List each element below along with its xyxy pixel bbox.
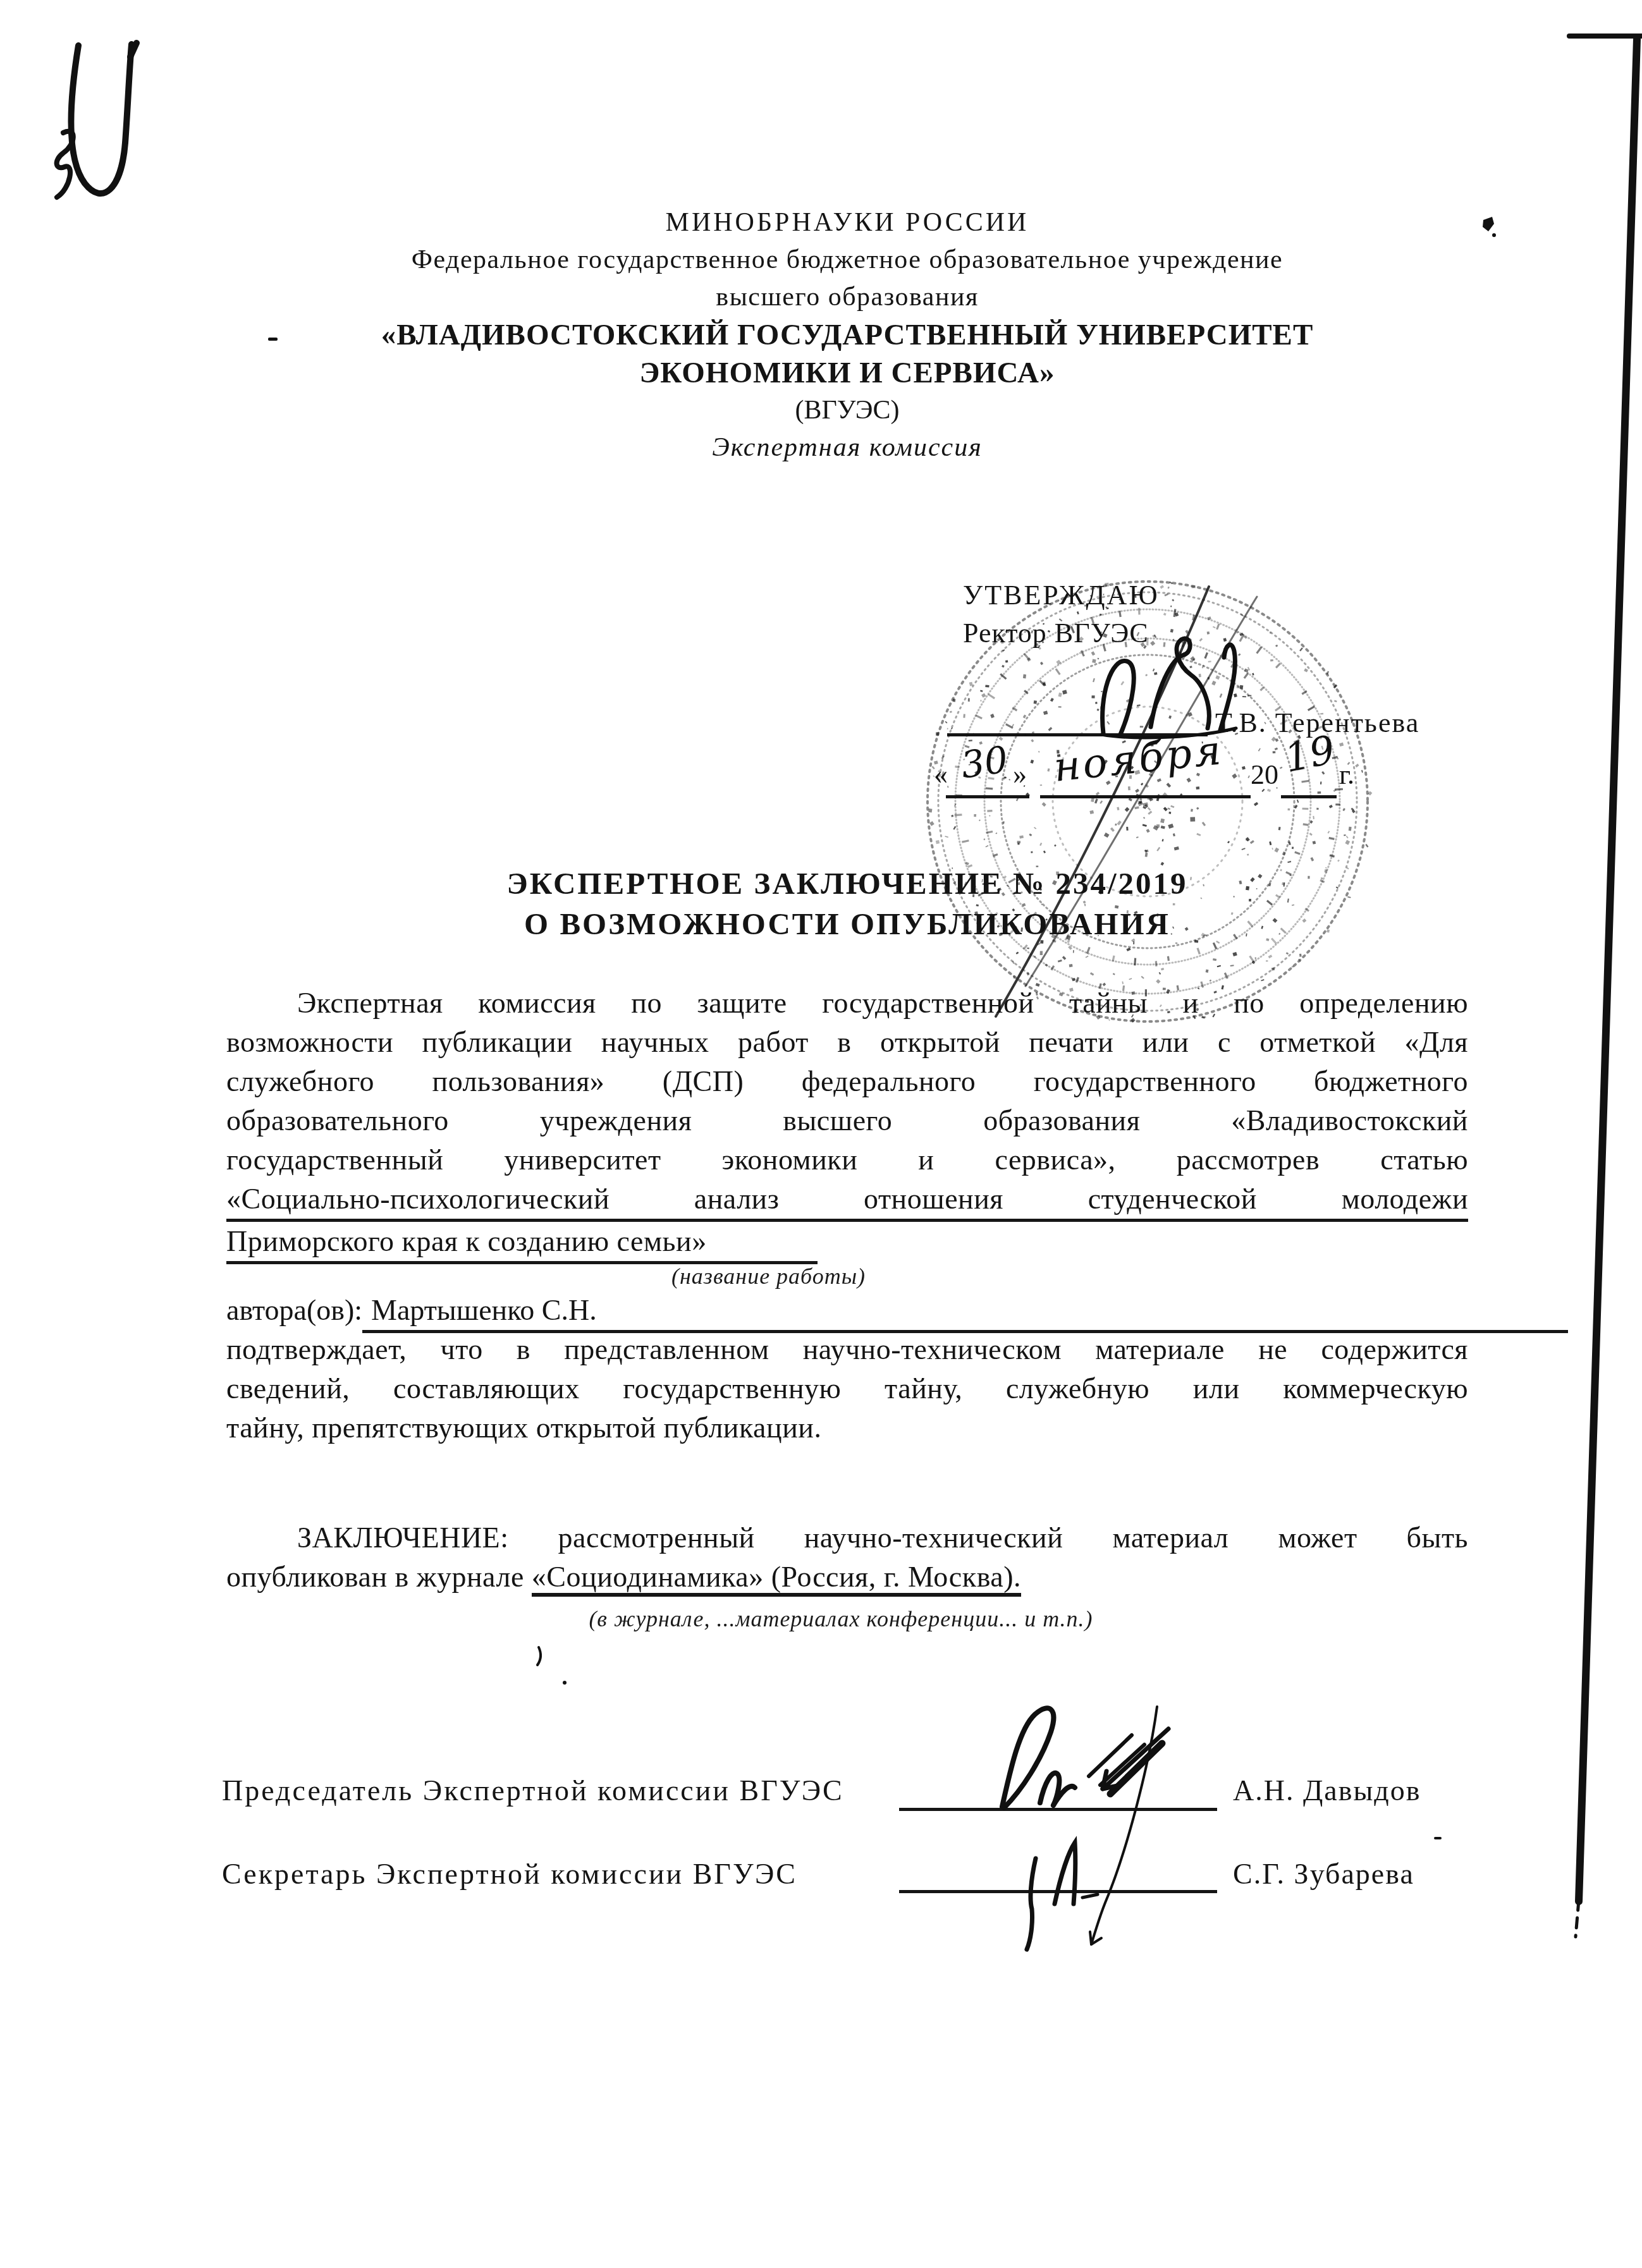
date-year-suffix: г. — [1339, 759, 1354, 791]
rector-label: Ректор ВГУЭС — [963, 617, 1149, 649]
work-title-line-1: «Социально-психологический анализ отноше… — [226, 1180, 1468, 1222]
ministry-line: МИНОБРНАУКИ РОССИИ — [226, 204, 1468, 241]
date-month-handwritten: ноября — [1051, 727, 1226, 791]
pen-strokes — [996, 587, 1257, 1016]
journal-name: «Социодинамика» (Россия, г. Москва). — [532, 1561, 1021, 1597]
body-line: возможности публикации научных работ в о… — [226, 1023, 1468, 1062]
conclusion-prefix: опубликован в журнале — [226, 1561, 524, 1593]
body-line: служебного пользования» (ДСП) федерально… — [226, 1062, 1468, 1101]
secretary-signature-line — [899, 1890, 1217, 1893]
body-line: тайну, препятствующих открытой публикаци… — [226, 1408, 1468, 1448]
body-line: государственный университет экономики и … — [226, 1140, 1468, 1180]
author-label: автора(ов): — [226, 1291, 362, 1330]
body-line: подтверждает, что в представленном научн… — [226, 1330, 1468, 1369]
date-year-prefix: 20 — [1251, 759, 1278, 791]
author-name: Мартышенко С.Н. — [362, 1291, 1568, 1333]
chairman-signature-line — [899, 1808, 1217, 1811]
commission-line: Экспертная комиссия — [226, 429, 1468, 466]
secretary-signature — [1027, 1843, 1098, 1949]
date-year-underline — [1281, 795, 1337, 798]
secretary-role: Секретарь Экспертной комиссии ВГУЭС — [222, 1857, 797, 1891]
date-quote-close: » — [1013, 759, 1027, 791]
secretary-name: С.Г. Зубарева — [1233, 1857, 1414, 1891]
body-paragraph-2: подтверждает, что в представленном научн… — [226, 1330, 1468, 1448]
document-title: ЭКСПЕРТНОЕ ЗАКЛЮЧЕНИЕ № 234/2019 О ВОЗМО… — [226, 863, 1468, 944]
scan-edge-bar — [1569, 36, 1642, 1937]
conclusion-line-1: ЗАКЛЮЧЕНИЕ: рассмотренный научно-техниче… — [226, 1518, 1468, 1558]
conclusion-block: ЗАКЛЮЧЕНИЕ: рассмотренный научно-техниче… — [226, 1518, 1468, 1597]
date-day-underline — [946, 795, 1029, 798]
conclusion-text: рассмотренный научно-технический материа… — [558, 1521, 1468, 1554]
scanned-document: МИНОБРНАУКИ РОССИИ Федеральное государст… — [0, 0, 1642, 2268]
date-quote-open: « — [934, 759, 948, 791]
date-day-handwritten: 30 — [959, 738, 1011, 787]
title-line-2: О ВОЗМОЖНОСТИ ОПУБЛИКОВАНИЯ — [226, 904, 1468, 944]
chairman-role: Председатель Экспертной комиссии ВГУЭС — [222, 1774, 844, 1807]
chairman-name: А.Н. Давыдов — [1233, 1774, 1421, 1807]
conclusion-line-2: опубликован в журнале «Социодинамика» (Р… — [226, 1558, 1468, 1597]
body-line: образовательного учреждения высшего обра… — [226, 1101, 1468, 1140]
handwritten-corner-mark — [57, 43, 137, 197]
work-title-line-2: Приморского края к созданию семьи» — [226, 1222, 818, 1264]
university-name-2: ЭКОНОМИКИ И СЕРВИСА» — [226, 354, 1468, 392]
university-name-1: «ВЛАДИВОСТОКСКИЙ ГОСУДАРСТВЕННЫЙ УНИВЕРС… — [226, 316, 1468, 354]
org-line-2: высшего образования — [226, 279, 1468, 316]
approve-label: УТВЕРЖДАЮ — [963, 579, 1160, 611]
university-abbr: (ВГУЭС) — [226, 392, 1468, 429]
org-line-1: Федеральное государственное бюджетное об… — [226, 241, 1468, 279]
body-line: сведений, составляющих государственную т… — [226, 1369, 1468, 1408]
title-line-1: ЭКСПЕРТНОЕ ЗАКЛЮЧЕНИЕ № 234/2019 — [226, 863, 1468, 904]
date-month-underline — [1040, 795, 1251, 798]
conclusion-label: ЗАКЛЮЧЕНИЕ: — [297, 1521, 509, 1554]
conclusion-caption: (в журнале, ...материалах конференции...… — [556, 1606, 1125, 1632]
letterhead: МИНОБРНАУКИ РОССИИ Федеральное государст… — [226, 204, 1468, 466]
body-paragraph-1: Экспертная комиссия по защите государств… — [226, 984, 1468, 1264]
work-title-caption: (название работы) — [671, 1263, 866, 1289]
chairman-signature — [1002, 1707, 1168, 1944]
body-line: Экспертная комиссия по защите государств… — [226, 984, 1468, 1023]
date-year-handwritten: 19 — [1281, 726, 1339, 781]
stray-pen-mark — [537, 1647, 541, 1665]
author-row: автора(ов): Мартышенко С.Н. — [226, 1291, 1568, 1333]
